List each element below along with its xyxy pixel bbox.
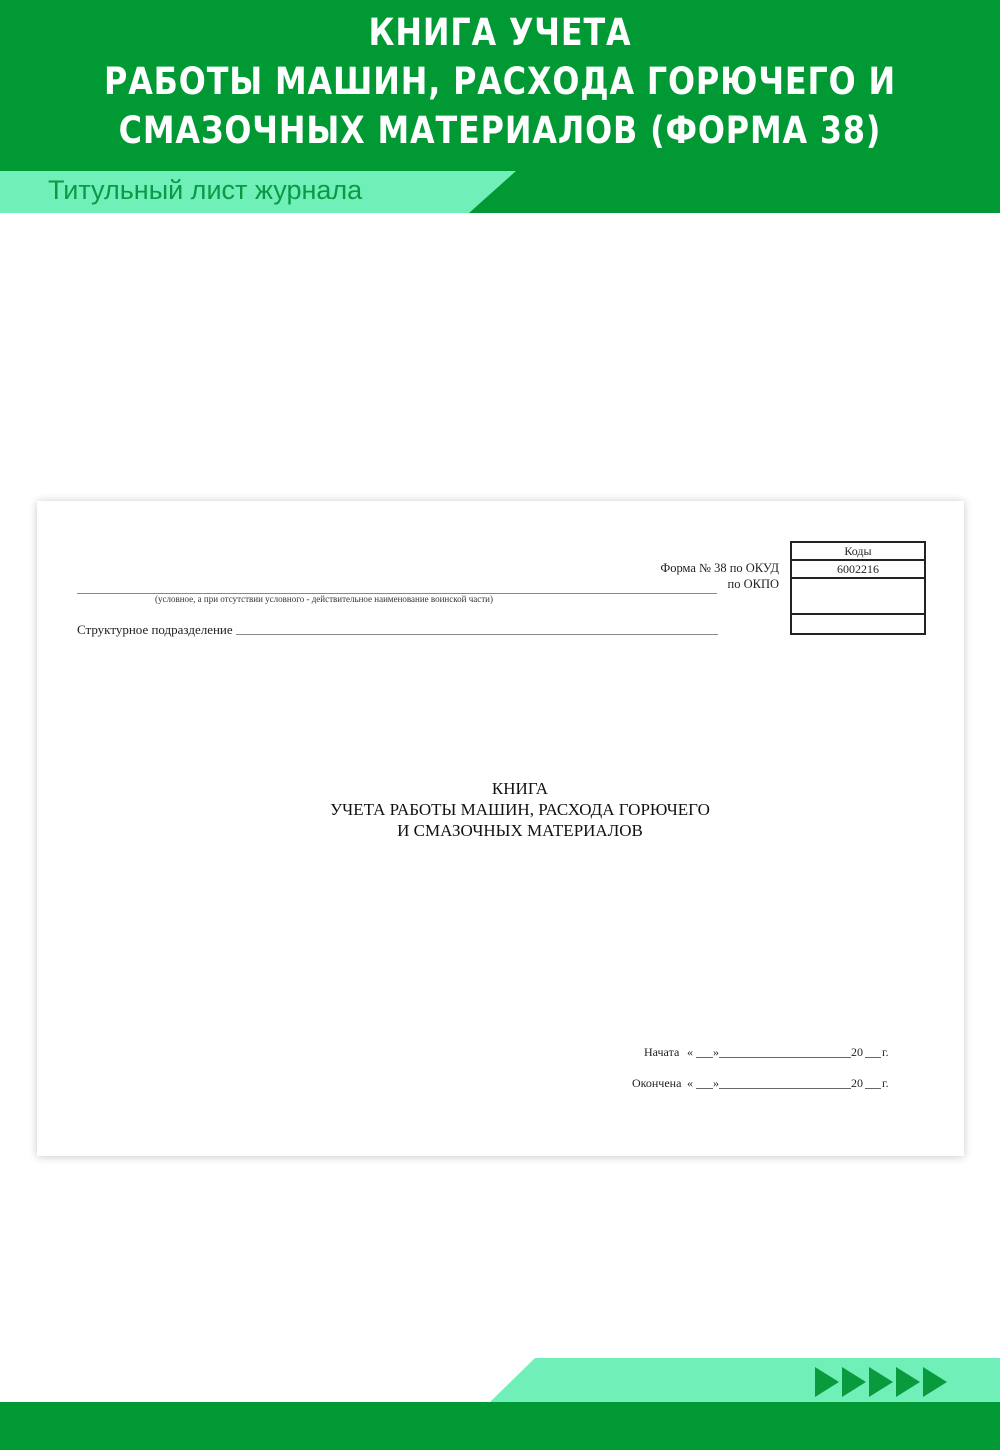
started-month-blank	[719, 1057, 851, 1058]
form-okpo-label: по ОКПО	[660, 576, 779, 592]
page-title-line-3: СМАЗОЧНЫХ МАТЕРИАЛОВ (ФОРМА 38)	[70, 106, 930, 155]
finished-year-prefix: 20	[851, 1075, 863, 1091]
play-icon	[815, 1367, 839, 1397]
play-icon	[896, 1367, 920, 1397]
finished-day-blank	[696, 1088, 713, 1089]
codes-table: Коды 6002216	[790, 541, 926, 635]
finished-label: Окончена	[632, 1075, 681, 1091]
finished-date-row: Окончена « » 20 г.	[37, 1075, 964, 1091]
codes-okud-value: 6002216	[791, 560, 925, 578]
started-label: Начата	[644, 1044, 679, 1060]
form-label: Форма № 38 по ОКУД по ОКПО	[660, 560, 779, 592]
book-title-line-2: УЧЕТА РАБОТЫ МАШИН, РАСХОДА ГОРЮЧЕГО	[37, 799, 1000, 820]
started-year-prefix: 20	[851, 1044, 863, 1060]
page-title: КНИГА УЧЕТА РАБОТЫ МАШИН, РАСХОДА ГОРЮЧЕ…	[70, 8, 930, 155]
book-title-line-3: И СМАЗОЧНЫХ МАТЕРИАЛОВ	[37, 820, 1000, 841]
play-icon	[842, 1367, 866, 1397]
codes-extra-value	[791, 614, 925, 634]
started-date-row: Начата « » 20 г.	[37, 1044, 964, 1060]
started-day-blank	[696, 1057, 713, 1058]
finished-month-blank	[719, 1088, 851, 1089]
arrows-svg	[815, 1367, 955, 1397]
book-title: КНИГА УЧЕТА РАБОТЫ МАШИН, РАСХОДА ГОРЮЧЕ…	[37, 778, 1000, 841]
play-icon	[923, 1367, 947, 1397]
subtitle: Титульный лист журнала	[48, 174, 362, 206]
codes-okpo-value	[791, 578, 925, 614]
document-sheet: Форма № 38 по ОКУД по ОКПО Коды 6002216 …	[37, 501, 964, 1156]
finished-year-suffix: г.	[882, 1075, 889, 1091]
page-title-line-1: КНИГА УЧЕТА	[70, 8, 930, 57]
org-name-caption: (условное, а при отсутствии условного - …	[155, 594, 493, 605]
book-title-line-1: КНИГА	[37, 778, 1000, 799]
header-banner: КНИГА УЧЕТА РАБОТЫ МАШИН, РАСХОДА ГОРЮЧЕ…	[0, 0, 1000, 213]
finished-open-quote: «	[687, 1075, 693, 1091]
struct-unit-label: Структурное подразделение	[77, 622, 233, 638]
started-year-blank	[865, 1057, 881, 1058]
footer-bar	[0, 1402, 1000, 1450]
play-icon	[869, 1367, 893, 1397]
started-year-suffix: г.	[882, 1044, 889, 1060]
codes-header: Коды	[791, 542, 925, 560]
struct-unit-line	[236, 634, 718, 635]
page-title-line-2: РАБОТЫ МАШИН, РАСХОДА ГОРЮЧЕГО И	[70, 57, 930, 106]
footer-arrows	[815, 1367, 955, 1397]
form-okud-label: Форма № 38 по ОКУД	[660, 560, 779, 576]
started-open-quote: «	[687, 1044, 693, 1060]
finished-year-blank	[865, 1088, 881, 1089]
